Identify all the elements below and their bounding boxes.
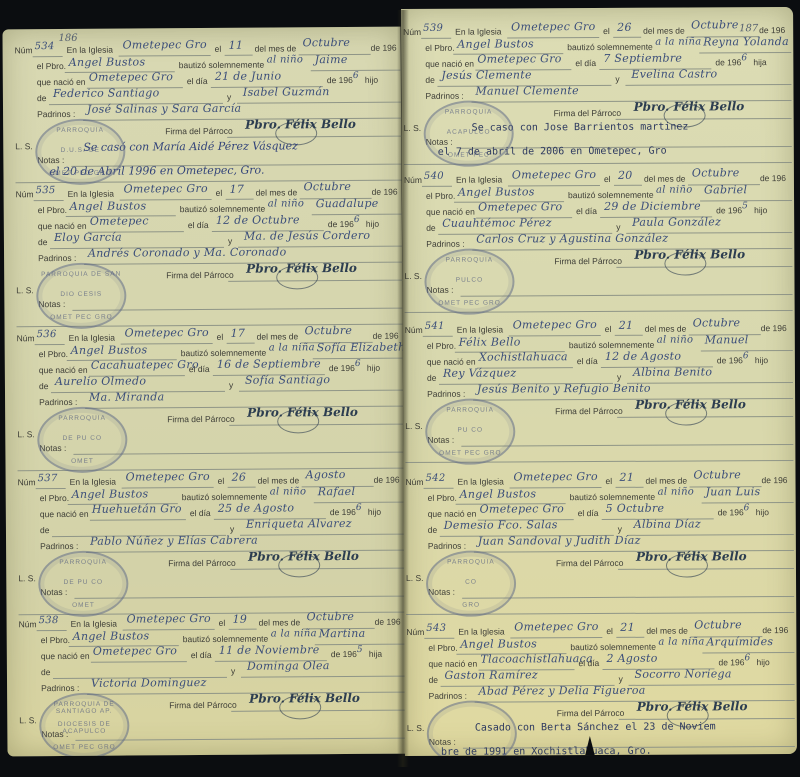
birthplace: Huehuetán Gro xyxy=(92,502,182,516)
baptism-day: 21 xyxy=(620,621,635,634)
father-name: Eloy García xyxy=(54,231,122,244)
label-day: el día xyxy=(190,508,211,518)
label-godparents: Padrinos : xyxy=(38,253,76,263)
godparents-names: Abad Pérez y Delia Figueroa xyxy=(479,684,646,698)
birthplace: Tlacoachistlahuaca xyxy=(480,652,593,666)
label-day: el día xyxy=(578,658,599,668)
label-church: En la Iglesia xyxy=(457,476,503,486)
label-el: el xyxy=(603,26,610,36)
label-year: de 196 xyxy=(761,323,787,333)
parish-priest-signature: Pbro. Félix Bello xyxy=(249,691,360,706)
label-priest: el Pbro. xyxy=(39,349,68,359)
label-ls: L. S. xyxy=(18,573,36,583)
parish-priest-signature: Pbro. Félix Bello xyxy=(637,699,748,714)
birth-date: 7 Septiembre xyxy=(603,52,682,65)
birth-year-digit: 6 xyxy=(743,351,749,361)
label-el: el xyxy=(604,174,611,184)
birth-year-digit: 6 xyxy=(355,359,361,369)
parish-seal-stamp: PARROQUIA PULCO OMET PEC GRO xyxy=(424,248,514,314)
church-value: Ometepec Gro xyxy=(514,620,598,633)
relation: hija xyxy=(369,649,382,659)
label-godparents: Padrinos : xyxy=(426,239,464,249)
birth-date: 5 Octubre xyxy=(606,502,665,515)
right-page: 187 Núm 539 En la Iglesia Ometepec Gro e… xyxy=(401,7,797,756)
godparents-names: Andrés Coronado y Ma. Coronado xyxy=(88,245,287,259)
label-el: el xyxy=(219,618,226,628)
mother-name: Dominga Olea xyxy=(247,659,330,673)
label-el: el xyxy=(216,188,223,198)
church-value: Ometepec Gro xyxy=(512,168,596,181)
child-article: a la niña xyxy=(271,628,317,639)
godparents-names: Jesús Benito y Refugio Benito xyxy=(477,382,651,396)
child-article: al niño xyxy=(658,487,695,498)
label-born-in: que nació en xyxy=(428,509,477,519)
parish-seal-stamp: PARROQUIA DE SANTIAGO AP. DIOCESIS DE AC… xyxy=(39,693,129,757)
parish-priest-signature: Pbro. Félix Bello xyxy=(245,117,356,132)
father-name: Federico Santiago xyxy=(53,86,160,100)
parish-seal-stamp: PARROQUIA DE PU CO OMET xyxy=(38,551,128,618)
parish-seal-stamp: PARROQUIA ACAPULCO OMET PEC xyxy=(424,100,514,166)
mother-name: Ma. de Jesús Cordero xyxy=(244,229,370,243)
entry-number: 534 xyxy=(35,41,55,52)
birthplace: Ometepec Gro xyxy=(89,70,173,84)
label-month: del mes de xyxy=(644,174,686,184)
child-name: Juan Luis xyxy=(706,485,761,498)
child-name: Rafael xyxy=(318,485,356,498)
label-baptized: bautizó solemnemente xyxy=(180,204,266,215)
label-and: y xyxy=(617,372,621,382)
godparents-names: Ma. Miranda xyxy=(89,390,164,404)
label-day: el día xyxy=(575,58,596,68)
father-name: Demesio Fco. Salas xyxy=(444,518,558,532)
godparents-names: Juan Sandoval y Judith Díaz xyxy=(478,534,641,548)
baptism-entry: Núm 536 En la Iglesia Ometepec Gro el 17… xyxy=(5,331,403,334)
mother-name: Enriqueta Alvarez xyxy=(246,517,352,531)
label-baptized: bautizó solemnemente xyxy=(570,642,656,652)
label-and: y xyxy=(231,666,235,676)
label-of: de xyxy=(37,93,47,103)
child-name: Jaime xyxy=(315,53,348,66)
birth-date: 2 Agosto xyxy=(606,652,657,665)
entry-number: 542 xyxy=(425,473,445,484)
baptism-month: Octubre xyxy=(307,610,355,623)
child-article: al niño xyxy=(268,198,305,209)
label-signature: Firma del Párroco xyxy=(166,270,234,280)
church-value: Ometepec Gro xyxy=(125,326,209,340)
label-church: En la Iglesia xyxy=(456,175,502,185)
baptism-day: 17 xyxy=(231,327,246,340)
label-year: de 196 xyxy=(760,173,786,183)
child-article: al niño xyxy=(267,54,304,65)
label-church: En la Iglesia xyxy=(69,333,115,343)
label-month: del mes de xyxy=(255,43,297,53)
label-birth-year: de 196 xyxy=(718,507,744,517)
baptism-month: Agosto xyxy=(306,468,346,481)
birthplace: Ometepec Gro xyxy=(480,502,564,515)
baptism-entry: Núm 537 En la Iglesia Ometepec Gro el 26… xyxy=(6,475,404,478)
father-name: Cuauhtémoc Pérez xyxy=(442,216,552,230)
label-signature: Firma del Párroco xyxy=(168,558,236,568)
priest-name: Angel Bustos xyxy=(460,637,537,650)
label-ls: L. S. xyxy=(17,429,35,439)
child-name: Arquímides xyxy=(706,635,773,648)
label-born-in: que nació en xyxy=(425,59,474,69)
relation: hijo xyxy=(365,75,378,85)
label-day: el día xyxy=(578,508,599,518)
birthplace: Cacahuatepec Gro xyxy=(91,358,199,372)
birth-year-digit: 6 xyxy=(354,215,360,225)
birth-date: 21 de Junio xyxy=(215,69,282,82)
mother-name: Albina Benito xyxy=(633,365,712,378)
label-year: de 196 xyxy=(761,475,787,485)
label-born-in: que nació en xyxy=(427,357,476,367)
label-church: En la Iglesia xyxy=(68,189,114,199)
godparents-names: José Salinas y Sara García xyxy=(87,102,241,116)
child-article: al niño xyxy=(657,335,694,346)
label-baptized: bautizó solemnemente xyxy=(570,492,656,502)
label-signature: Firma del Párroco xyxy=(165,126,233,136)
label-num: Núm xyxy=(18,477,36,487)
birth-date: 12 de Octubre xyxy=(216,213,300,227)
label-day: el día xyxy=(187,76,208,86)
baptism-day: 17 xyxy=(230,183,245,196)
label-godparents: Padrinos : xyxy=(428,541,466,551)
label-born-in: que nació en xyxy=(428,659,477,669)
label-of: de xyxy=(428,525,438,535)
label-born-in: que nació en xyxy=(37,77,86,87)
relation: hijo xyxy=(755,355,768,365)
parish-priest-signature: Pbro. Félix Bello xyxy=(634,99,745,114)
parish-priest-signature: Pbro. Félix Bello xyxy=(247,405,358,420)
entry-number: 543 xyxy=(426,623,446,634)
godparents-names: Victoria Dominguez xyxy=(91,676,207,690)
birth-year-digit: 6 xyxy=(356,503,362,513)
label-year: de 196 xyxy=(759,25,785,35)
baptism-month: Octubre xyxy=(694,618,742,631)
birth-date: 12 de Agosto xyxy=(605,350,682,363)
parish-priest-signature: Pbro. Félix Bello xyxy=(248,549,359,564)
label-signature: Firma del Párroco xyxy=(554,256,622,266)
mother-name: Sofía Santiago xyxy=(245,373,330,387)
godparents-names: Manuel Clemente xyxy=(475,84,578,98)
label-ls: L. S. xyxy=(19,715,37,725)
label-baptized: bautizó solemnemente xyxy=(179,60,265,71)
label-month: del mes de xyxy=(645,476,687,486)
label-godparents: Padrinos : xyxy=(425,91,463,101)
birth-year-digit: 6 xyxy=(741,53,747,63)
label-and: y xyxy=(230,524,234,534)
page-number: 186 xyxy=(58,33,77,44)
child-name: Martina xyxy=(319,627,366,640)
label-priest: el Pbro. xyxy=(41,635,70,645)
label-of: de xyxy=(40,525,50,535)
label-born-in: que nació en xyxy=(41,651,90,661)
entry-number: 541 xyxy=(425,321,445,332)
birth-date: 29 de Diciembre xyxy=(604,199,701,213)
baptism-entry: Núm 539 En la Iglesia Ometepec Gro el 26… xyxy=(401,25,793,27)
label-el: el xyxy=(606,626,613,636)
label-num: Núm xyxy=(15,45,33,55)
label-ls: L. S. xyxy=(407,723,425,733)
priest-name: Angel Bustos xyxy=(73,629,150,643)
baptism-day: 11 xyxy=(229,39,244,52)
birthplace: Ometepec Gro xyxy=(93,644,177,658)
label-born-in: que nació en xyxy=(40,509,89,519)
label-num: Núm xyxy=(19,619,37,629)
label-el: el xyxy=(215,44,222,54)
godparents-names: Carlos Cruz y Agustina González xyxy=(476,232,668,246)
label-day: el día xyxy=(577,356,598,366)
priest-name: Angel Bustos xyxy=(71,343,148,357)
baptism-entry: Núm 543 En la Iglesia Ometepec Gro el 21… xyxy=(404,625,796,627)
parish-seal-stamp: PARROQUIA PU CO OMET PEC GRO xyxy=(425,398,515,464)
godparents-names: Pablo Núñez y Elías Cabrera xyxy=(90,534,258,548)
label-and: y xyxy=(619,674,623,684)
birth-year-digit: 5 xyxy=(742,201,748,211)
parish-seal-stamp: PARROQUIA D.U.S.-DE OMET PEC GRO xyxy=(35,119,125,186)
label-birth-year: de 196 xyxy=(328,219,354,229)
parish-priest-signature: Pbro. Félix Bello xyxy=(246,261,357,276)
label-birth-year: de 196 xyxy=(329,363,355,373)
label-baptized: bautizó solemnemente xyxy=(568,190,654,200)
label-baptized: bautizó solemnemente xyxy=(567,42,653,52)
label-of: de xyxy=(429,675,439,685)
priest-name: Angel Bustos xyxy=(69,55,146,69)
label-signature: Firma del Párroco xyxy=(555,406,623,416)
church-value: Ometepec Gro xyxy=(123,38,207,52)
church-value: Ometepec Gro xyxy=(124,182,208,196)
label-signature: Firma del Párroco xyxy=(169,700,237,710)
label-month: del mes de xyxy=(645,324,687,334)
label-birth-year: de 196 xyxy=(715,57,741,67)
baptism-entry: Núm 540 En la Iglesia Ometepec Gro el 20… xyxy=(402,173,794,175)
label-month: del mes de xyxy=(257,331,299,341)
label-year: de 196 xyxy=(374,475,400,485)
label-church: En la Iglesia xyxy=(455,27,501,37)
mother-name: Evelina Castro xyxy=(631,67,717,80)
relation: hijo xyxy=(366,219,379,229)
priest-name: Angel Bustos xyxy=(457,37,534,50)
label-church: En la Iglesia xyxy=(71,619,117,629)
label-and: y xyxy=(227,92,231,102)
label-birth-year: de 196 xyxy=(331,649,357,659)
church-value: Ometepec Gro xyxy=(511,20,595,33)
father-name: Rey Vázquez xyxy=(443,366,517,379)
baptism-month: Octubre xyxy=(691,18,739,31)
entry-number: 539 xyxy=(423,23,443,34)
parish-seal-stamp: PARROQUIA DE SAN DIO CESIS OMET PEC GRO xyxy=(36,263,126,330)
label-el: el xyxy=(218,476,225,486)
label-birth-year: de 196 xyxy=(330,507,356,517)
priest-name: Angel Bustos xyxy=(460,487,537,500)
label-day: el día xyxy=(189,364,210,374)
church-value: Ometepec Gro xyxy=(513,470,597,483)
label-priest: el Pbro. xyxy=(428,493,457,503)
label-day: el día xyxy=(191,650,212,660)
label-church: En la Iglesia xyxy=(67,45,113,55)
label-priest: el Pbro. xyxy=(426,191,455,201)
label-godparents: Padrinos : xyxy=(41,683,79,693)
label-of: de xyxy=(425,75,435,85)
birth-year-digit: 6 xyxy=(744,503,750,513)
priest-name: Félix Bello xyxy=(459,335,521,348)
father-name: Aurelio Olmedo xyxy=(55,374,146,388)
relation: hijo xyxy=(367,363,380,373)
baptism-day: 21 xyxy=(619,471,634,484)
relation: hijo xyxy=(756,507,769,517)
book-spine xyxy=(397,10,409,767)
label-signature: Firma del Párroco xyxy=(167,414,235,424)
birthplace: Ometepec xyxy=(90,214,149,227)
child-article: al niño xyxy=(656,185,693,196)
label-priest: el Pbro. xyxy=(427,341,456,351)
label-godparents: Padrinos : xyxy=(427,389,465,399)
label-godparents: Padrinos : xyxy=(37,109,75,119)
parish-seal-stamp: PARROQUIA DE PU CO OMET xyxy=(37,407,127,474)
child-name: Reyna Yolanda xyxy=(703,35,789,48)
baptism-month: Octubre xyxy=(693,316,741,329)
label-ls: L. S. xyxy=(16,285,34,295)
relation: hijo xyxy=(754,205,767,215)
label-signature: Firma del Párroco xyxy=(556,558,624,568)
label-born-in: que nació en xyxy=(38,221,87,231)
church-value: Ometepec Gro xyxy=(513,318,597,331)
mother-name: Socorro Noriega xyxy=(634,667,731,681)
label-month: del mes de xyxy=(259,617,301,627)
label-and: y xyxy=(228,236,232,246)
label-and: y xyxy=(616,222,620,232)
child-name: Gabriel xyxy=(704,183,747,196)
label-priest: el Pbro. xyxy=(428,643,457,653)
priest-name: Angel Bustos xyxy=(72,487,149,501)
label-born-in: que nació en xyxy=(426,207,475,217)
child-name: Manuel xyxy=(705,333,749,346)
label-of: de xyxy=(41,667,51,677)
label-signature: Firma del Párroco xyxy=(554,108,622,118)
mother-name: Paula González xyxy=(632,215,721,228)
parish-seal-stamp: PARROQUIA CO GRO xyxy=(426,550,516,616)
label-baptized: bautizó solemnemente xyxy=(569,340,655,350)
father-name: Gaston Ramírez xyxy=(445,668,538,681)
label-priest: el Pbro. xyxy=(40,493,69,503)
father-name: Jesús Clemente xyxy=(441,68,531,81)
entry-number: 535 xyxy=(36,185,56,196)
label-godparents: Padrinos : xyxy=(429,691,467,701)
parish-priest-signature: Pbro. Félix Bello xyxy=(634,247,745,262)
baptism-day: 20 xyxy=(618,169,633,182)
relation: hija xyxy=(753,57,766,67)
parish-priest-signature: Pbro. Félix Bello xyxy=(636,549,747,564)
birth-year-digit: 6 xyxy=(744,653,750,663)
baptism-month: Octubre xyxy=(304,180,352,193)
entry-number: 537 xyxy=(38,473,58,484)
label-year: de 196 xyxy=(373,331,399,341)
label-godparents: Padrinos : xyxy=(40,541,78,551)
relation: hijo xyxy=(756,657,769,667)
entry-number: 540 xyxy=(424,171,444,182)
label-year: de 196 xyxy=(372,187,398,197)
label-born-in: que nació en xyxy=(39,365,88,375)
birth-date: 16 de Septiembre xyxy=(217,357,321,371)
label-el: el xyxy=(217,332,224,342)
baptism-entry: Núm 542 En la Iglesia Ometepec Gro el 21… xyxy=(403,475,795,477)
baptism-month: Octubre xyxy=(303,36,351,49)
birth-year-digit: 6 xyxy=(353,71,359,81)
label-priest: el Pbro. xyxy=(37,61,66,71)
child-name: Sofía Elizabeth xyxy=(317,341,406,355)
left-page: 186 Núm 534 En la Iglesia Ometepec Gro e… xyxy=(2,27,405,757)
label-signature: Firma del Párroco xyxy=(557,708,625,718)
birthplace: Ometepec Gro xyxy=(478,200,562,213)
label-birth-year: de 196 xyxy=(717,355,743,365)
relation: hijo xyxy=(368,507,381,517)
child-article: al niño xyxy=(270,486,307,497)
mother-name: Isabel Guzmán xyxy=(243,85,330,99)
label-of: de xyxy=(427,373,437,383)
baptism-day: 21 xyxy=(619,319,634,332)
baptism-day: 19 xyxy=(233,613,248,626)
label-num: Núm xyxy=(16,189,34,199)
baptism-entry: Núm 535 En la Iglesia Ometepec Gro el 17… xyxy=(4,187,402,190)
baptism-month: Octubre xyxy=(693,468,741,481)
label-birth-year: de 196 xyxy=(327,75,353,85)
label-baptized: bautizó solemnemente xyxy=(181,348,267,359)
entry-number: 536 xyxy=(37,329,57,340)
label-baptized: bautizó solemnemente xyxy=(182,492,268,503)
label-month: del mes de xyxy=(256,187,298,197)
child-article: a la niña xyxy=(658,636,704,647)
label-church: En la Iglesia xyxy=(70,477,116,487)
label-and: y xyxy=(618,524,622,534)
baptism-entry: Núm 541 En la Iglesia Ometepec Gro el 21… xyxy=(403,323,795,325)
label-baptized: bautizó solemnemente xyxy=(183,634,269,645)
church-value: Ometepec Gro xyxy=(127,612,211,626)
label-year: de 196 xyxy=(371,43,397,53)
page-tear xyxy=(585,736,595,756)
register-book-spread: 186 Núm 534 En la Iglesia Ometepec Gro e… xyxy=(0,0,800,777)
label-priest: el Pbro. xyxy=(425,43,454,53)
baptism-month: Octubre xyxy=(305,324,353,337)
child-name: Guadalupe xyxy=(316,197,379,210)
label-el: el xyxy=(605,324,612,334)
priest-name: Angel Bustos xyxy=(458,185,535,198)
label-birth-year: de 196 xyxy=(718,657,744,667)
label-num: Núm xyxy=(17,333,35,343)
child-article: a la niña xyxy=(269,342,315,353)
baptism-month: Octubre xyxy=(692,166,740,179)
label-priest: el Pbro. xyxy=(38,205,67,215)
birth-date: 25 de Agosto xyxy=(218,501,295,515)
label-month: del mes de xyxy=(646,626,688,636)
birthplace: Xochistlahuaca xyxy=(479,350,568,363)
entry-number: 538 xyxy=(39,615,59,626)
mother-name: Albina Díaz xyxy=(634,517,701,530)
birthplace: Ometepec Gro xyxy=(477,52,561,65)
parish-priest-signature: Pbro. Félix Bello xyxy=(635,397,746,412)
child-article: a la niña xyxy=(655,36,701,47)
baptism-day: 26 xyxy=(232,471,247,484)
baptism-entry: Núm 538 En la Iglesia Ometepec Gro el 19… xyxy=(7,617,405,620)
label-year: de 196 xyxy=(762,625,788,635)
birth-date: 11 de Noviembre xyxy=(219,643,320,657)
church-value: Ometepec Gro xyxy=(126,470,210,484)
priest-name: Angel Bustos xyxy=(70,199,147,213)
label-and: y xyxy=(615,74,619,84)
label-ls: L. S. xyxy=(15,141,33,151)
label-church: En la Iglesia xyxy=(458,626,504,636)
label-and: y xyxy=(229,380,233,390)
label-of: de xyxy=(426,223,436,233)
